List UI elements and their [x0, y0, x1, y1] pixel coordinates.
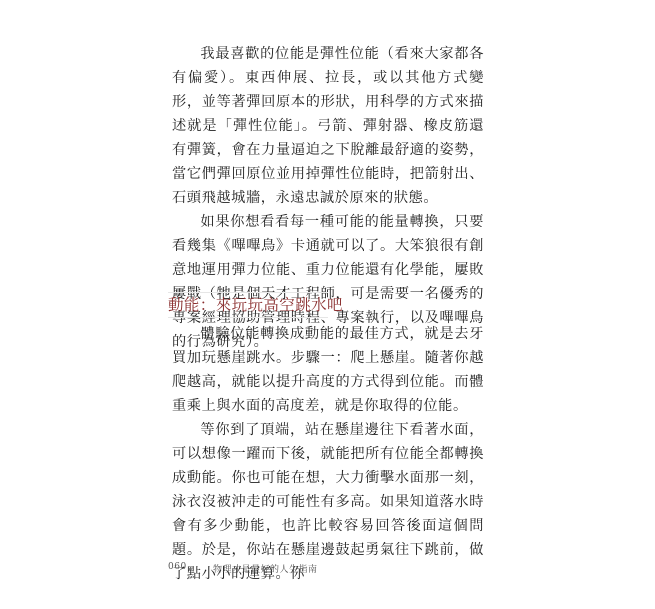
paragraph-at-the-top: 等你到了頂端，站在懸崖邊往下看著水面，可以想像一躍而下後，就能把所有位能全都轉換…: [172, 418, 484, 586]
paragraph-elastic-potential: 我最喜歡的位能是彈性位能（看來大家都各有偏愛）。東西伸展、拉長，或以其他方式變形…: [172, 42, 484, 210]
running-title: 物理才是最好的人生指南: [213, 562, 318, 575]
paragraph-cliff-diving: 體驗位能轉換成動能的最佳方式，就是去牙買加玩懸崖跳水。步驟一：爬上懸崖。隨著你越…: [172, 322, 484, 418]
page-number: 060: [168, 562, 187, 572]
book-page: 我最喜歡的位能是彈性位能（看來大家都各有偏愛）。東西伸展、拉長，或以其他方式變形…: [0, 0, 655, 609]
section-kinetic-energy-text: 體驗位能轉換成動能的最佳方式，就是去牙買加玩懸崖跳水。步驟一：爬上懸崖。隨著你越…: [172, 322, 484, 586]
section-heading-kinetic-energy: 動能：來玩玩高空跳水吧: [168, 292, 328, 318]
